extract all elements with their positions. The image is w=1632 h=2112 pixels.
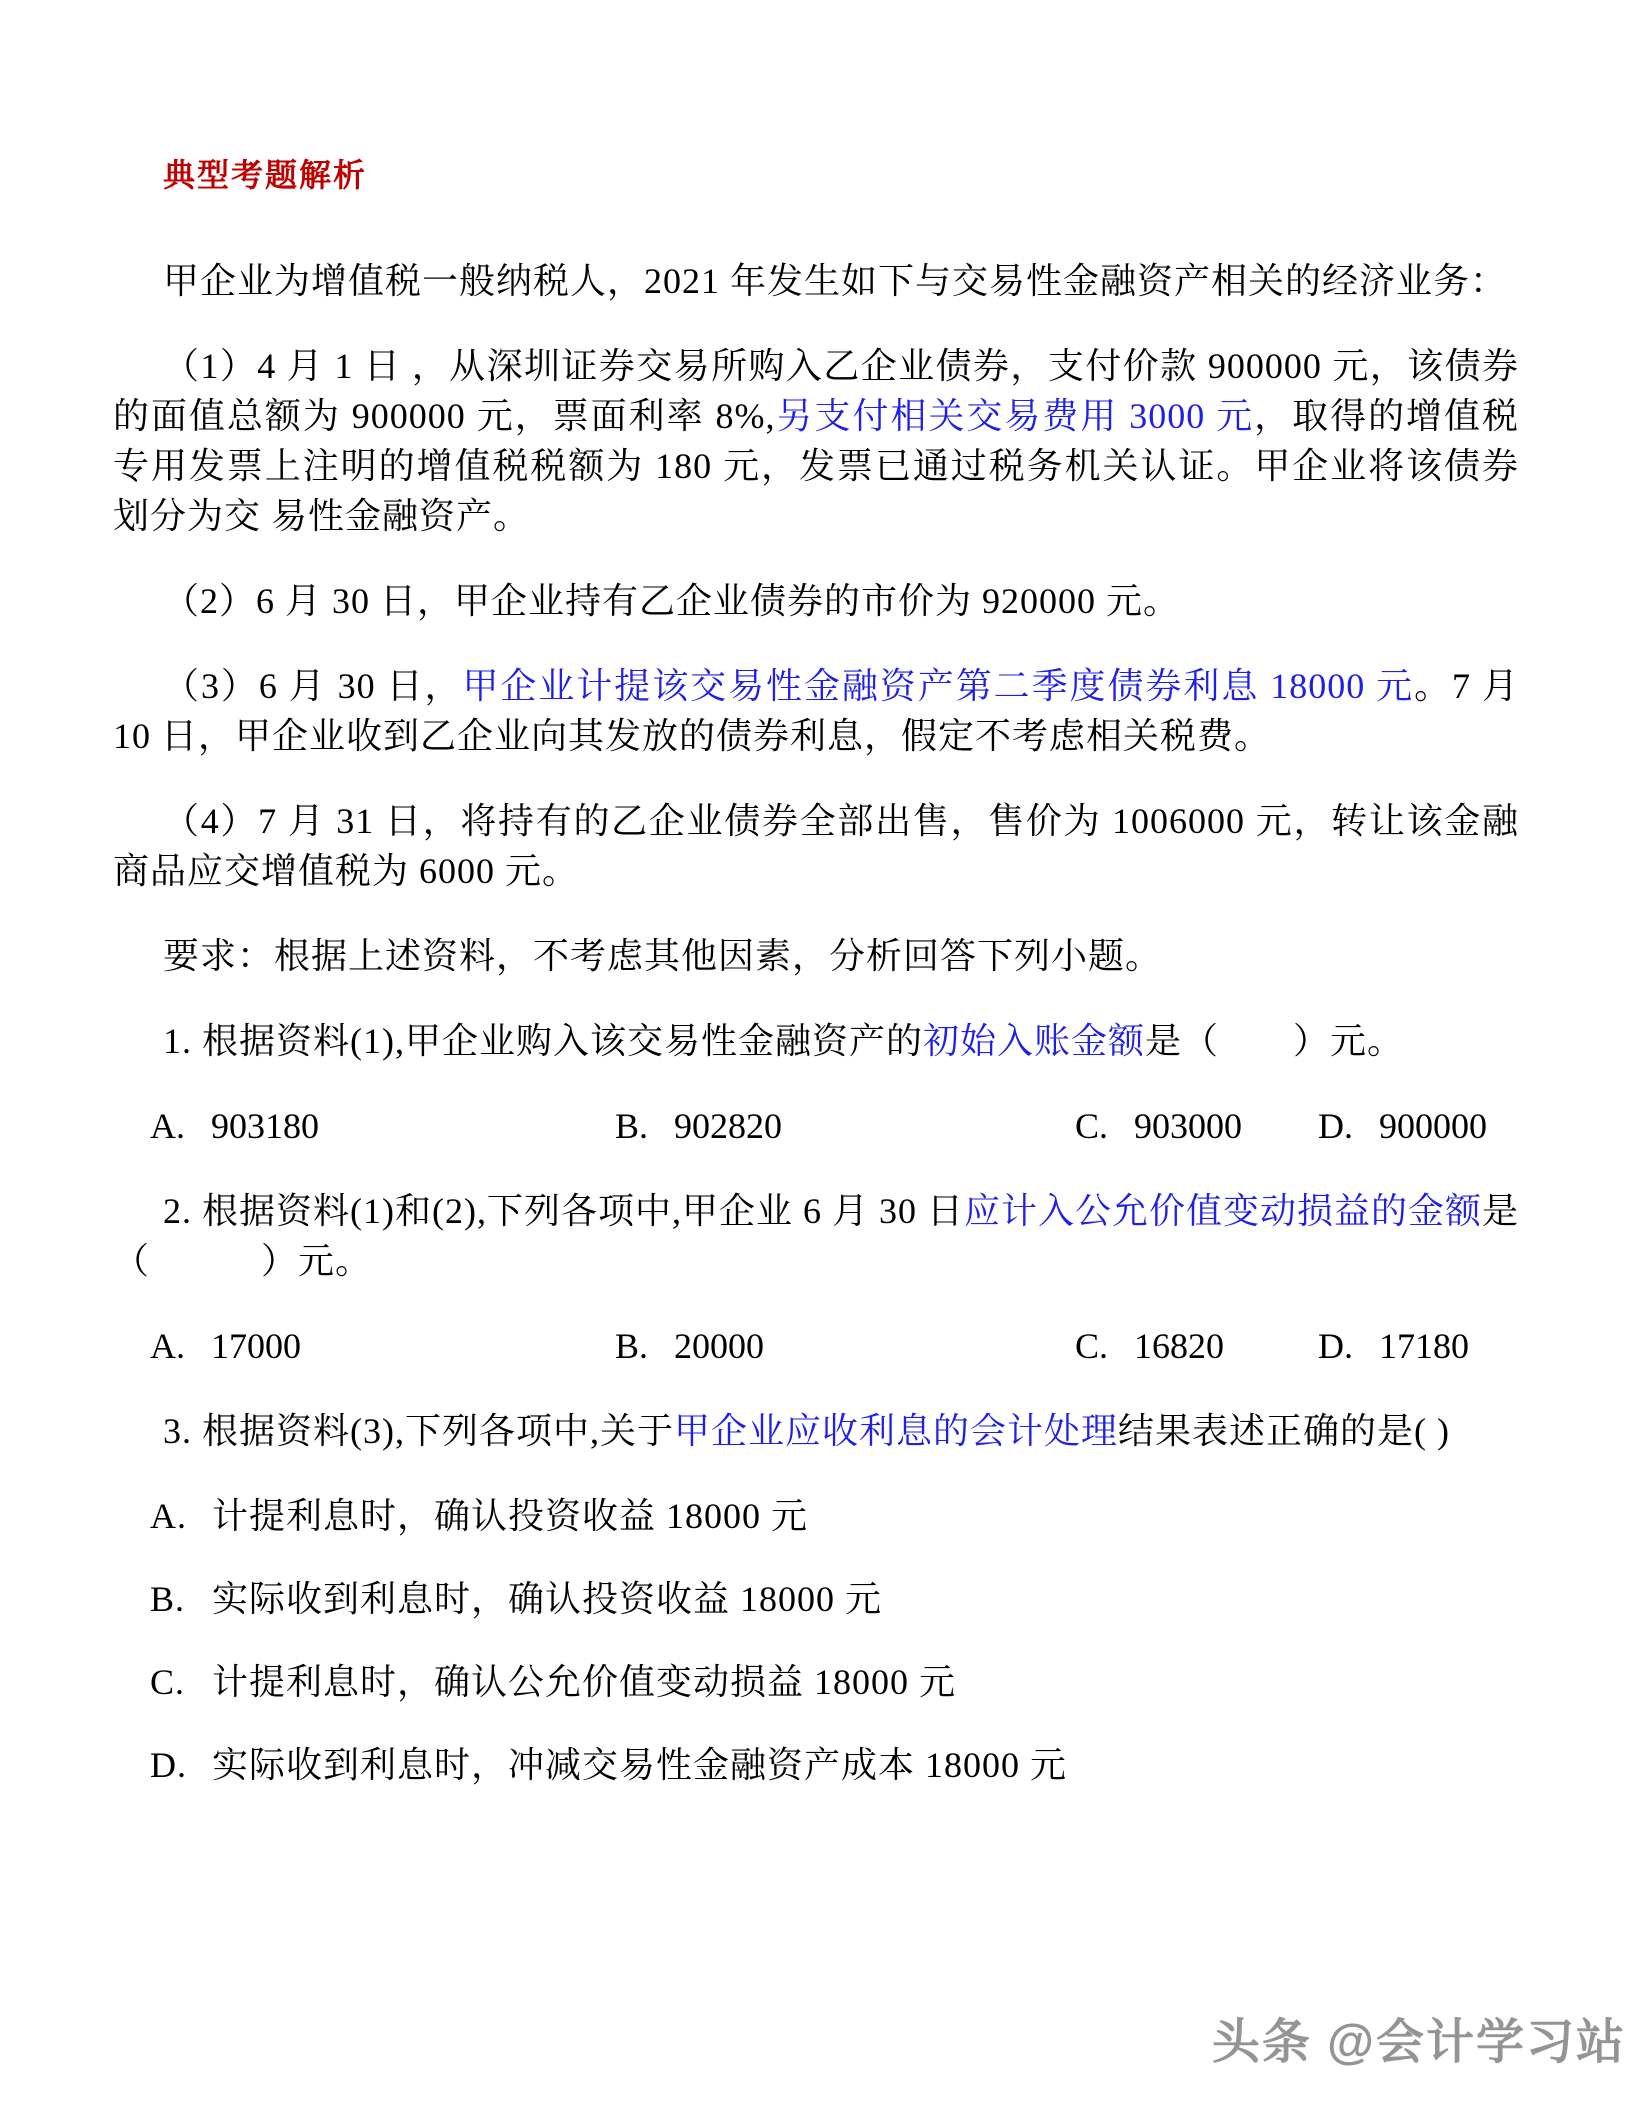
- question2-option-a-value: 17000: [211, 1326, 301, 1366]
- requirement-text: 要求：根据上述资料，不考虑其他因素，分析回答下列小题。: [163, 936, 1162, 976]
- question2-option-d-label: D.: [1318, 1326, 1353, 1366]
- question3-option-c-text: 计提利息时，确认公允价值变动损益 18000 元: [212, 1657, 956, 1707]
- question2-options-row: A.17000 B.20000 C.16820 D.17180: [113, 1321, 1519, 1371]
- question1-option-d-value: 900000: [1379, 1106, 1487, 1146]
- question3-option-b-text: 实际收到利息时，确认投资收益 18000 元: [212, 1574, 882, 1624]
- question2-option-a-label: A.: [150, 1326, 185, 1366]
- question3-text-post: 结果表述正确的是( ): [1118, 1411, 1450, 1451]
- question1-option-a-value: 903180: [211, 1106, 319, 1146]
- question3-option-d-label: D.: [150, 1740, 212, 1790]
- page-title: 典型考题解析: [113, 150, 1519, 196]
- item4-text: （4）7 月 31 日，将持有的乙企业债券全部出售，售价为 1006000 元，…: [113, 801, 1519, 891]
- question3-option-c-label: C.: [150, 1657, 212, 1707]
- item2-text: （2）6 月 30 日，甲企业持有乙企业债券的市价为 920000 元。: [163, 581, 1180, 621]
- question1-option-c-label: C.: [1075, 1106, 1108, 1146]
- question3-option-a-label: A.: [150, 1491, 212, 1541]
- question1-option-b-label: B.: [615, 1106, 648, 1146]
- question2-text-highlight: 应计入公允价值变动损益的金额: [964, 1191, 1482, 1231]
- question3-option-d-text: 实际收到利息时，冲减交易性金融资产成本 18000 元: [212, 1740, 1067, 1790]
- item3-text-pre: （3）6 月 30 日，: [163, 666, 462, 706]
- question2-option-b-value: 20000: [674, 1326, 764, 1366]
- question1-option-b: B.902820: [615, 1101, 1075, 1151]
- question3-text-highlight: 甲企业应收利息的会计处理: [674, 1411, 1118, 1451]
- question1-text-highlight: 初始入账金额: [923, 1021, 1145, 1061]
- question3-paragraph: 3. 根据资料(3),下列各项中,关于甲企业应收利息的会计处理结果表述正确的是(…: [113, 1406, 1519, 1456]
- question1-text-post: 是（ ）元。: [1145, 1021, 1404, 1061]
- item1-paragraph: （1）4 月 1 日 ，从深圳证券交易所购入乙企业债券，支付价款 900000 …: [113, 341, 1519, 541]
- question2-option-c: C.16820: [1075, 1321, 1318, 1371]
- question3-option-b: B. 实际收到利息时，确认投资收益 18000 元: [113, 1574, 1519, 1624]
- question3-option-a-text: 计提利息时，确认投资收益 18000 元: [212, 1491, 808, 1541]
- question2-option-c-label: C.: [1075, 1326, 1108, 1366]
- question2-option-b-label: B.: [615, 1326, 648, 1366]
- watermark: 头条 @会计学习站: [1212, 2003, 1626, 2072]
- question3-option-c: C. 计提利息时，确认公允价值变动损益 18000 元: [113, 1657, 1519, 1707]
- document-page: 典型考题解析 甲企业为增值税一般纳税人，2021 年发生如下与交易性金融资产相关…: [0, 0, 1632, 2112]
- question1-option-a-label: A.: [150, 1106, 185, 1146]
- question2-option-c-value: 16820: [1134, 1326, 1224, 1366]
- item2-paragraph: （2）6 月 30 日，甲企业持有乙企业债券的市价为 920000 元。: [113, 576, 1519, 626]
- question2-option-d: D.17180: [1318, 1321, 1469, 1371]
- item3-text-highlight: 甲企业计提该交易性金融资产第二季度债券利息 18000 元: [462, 666, 1414, 706]
- question1-paragraph: 1. 根据资料(1),甲企业购入该交易性金融资产的初始入账金额是（ ）元。: [113, 1016, 1519, 1066]
- question1-option-d-label: D.: [1318, 1106, 1353, 1146]
- question1-option-c-value: 903000: [1134, 1106, 1242, 1146]
- question2-option-d-value: 17180: [1379, 1326, 1469, 1366]
- item3-paragraph: （3）6 月 30 日，甲企业计提该交易性金融资产第二季度债券利息 18000 …: [113, 661, 1519, 761]
- intro-text: 甲企业为增值税一般纳税人，2021 年发生如下与交易性金融资产相关的经济业务：: [163, 261, 1507, 301]
- requirement-paragraph: 要求：根据上述资料，不考虑其他因素，分析回答下列小题。: [113, 931, 1519, 981]
- question3-option-d: D. 实际收到利息时，冲减交易性金融资产成本 18000 元: [113, 1740, 1519, 1790]
- question3-option-a: A. 计提利息时，确认投资收益 18000 元: [113, 1491, 1519, 1541]
- question1-option-c: C.903000: [1075, 1101, 1318, 1151]
- intro-paragraph: 甲企业为增值税一般纳税人，2021 年发生如下与交易性金融资产相关的经济业务：: [113, 256, 1519, 306]
- question1-option-d: D.900000: [1318, 1101, 1487, 1151]
- question1-option-b-value: 902820: [674, 1106, 782, 1146]
- question2-option-a: A.17000: [150, 1321, 615, 1371]
- question1-options-row: A.903180 B.902820 C.903000 D.900000: [113, 1101, 1519, 1151]
- question3-text-pre: 3. 根据资料(3),下列各项中,关于: [163, 1411, 674, 1451]
- question1-option-a: A.903180: [150, 1101, 615, 1151]
- question2-option-b: B.20000: [615, 1321, 1075, 1371]
- question2-text-pre: 2. 根据资料(1)和(2),下列各项中,甲企业 6 月 30 日: [163, 1191, 964, 1231]
- question2-paragraph: 2. 根据资料(1)和(2),下列各项中,甲企业 6 月 30 日应计入公允价值…: [113, 1186, 1519, 1286]
- item1-text-highlight: 另支付相关交易费用 3000 元: [776, 396, 1255, 436]
- question1-text-pre: 1. 根据资料(1),甲企业购入该交易性金融资产的: [163, 1021, 923, 1061]
- item4-paragraph: （4）7 月 31 日，将持有的乙企业债券全部出售，售价为 1006000 元，…: [113, 796, 1519, 896]
- question3-option-b-label: B.: [150, 1574, 212, 1624]
